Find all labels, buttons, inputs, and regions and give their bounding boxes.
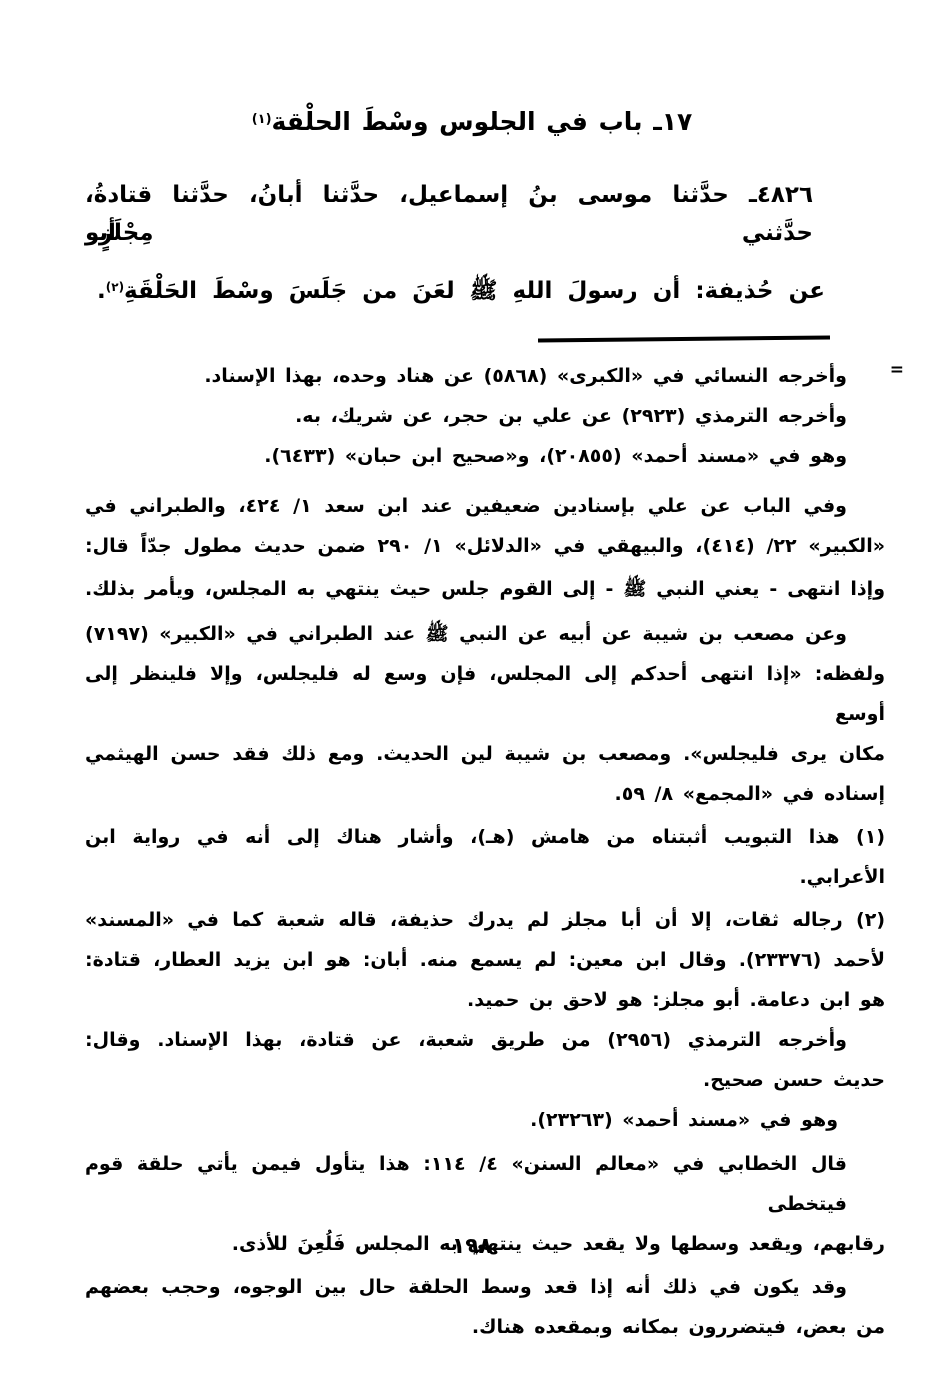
footnote-line: وقد يكون في ذلك أنه إذا قعد وسط الحلقة ح… — [85, 1267, 885, 1307]
footnote-line: مكان يرى فليجلس». ومصعب بن شيبة لين الحد… — [85, 734, 885, 774]
footnote-line: هو ابن دعامة. أبو مجلز: هو لاحق بن حميد. — [85, 980, 885, 1020]
footnote-line: وإذا انتهى - يعني النبي ﷺ - إلى القوم جل… — [85, 569, 885, 609]
chapter-heading: ١٧ـ باب في الجلوس وسْطَ الحلْقة(١) — [0, 100, 944, 142]
footnote-ref-1: (١) — [252, 112, 272, 127]
footnote-ref-2: (٢) — [106, 280, 124, 294]
footnote-line: وأخرجه النسائي في «الكبرى» (٥٨٦٨) عن هنا… — [85, 356, 885, 396]
hadith-matn-text: عن حُذيفة: أن رسولَ اللهِ ﷺ لعَنَ من جَل… — [124, 278, 825, 304]
footnote-line: وأخرجه الترمذي (٢٩٢٣) عن علي بن حجر، عن … — [85, 396, 885, 436]
footnote-line: ولفظه: «إذا انتهى أحدكم إلى المجلس، فإن … — [85, 654, 885, 734]
footnote-line: حديث حسن صحيح. — [85, 1060, 885, 1100]
hadith-matn-line: عن حُذيفة: أن رسولَ اللهِ ﷺ لعَنَ من جَل… — [85, 268, 885, 310]
footnote-line: (١) هذا التبويب أثبتناه من هامش (هـ)، وأ… — [85, 817, 885, 897]
footnote-separator-rule — [538, 335, 830, 342]
footnote-line: إسناده في «المجمع» ٨/ ٥٩. — [85, 774, 885, 814]
footnotes-block: وأخرجه النسائي في «الكبرى» (٥٨٦٨) عن هنا… — [85, 356, 885, 1347]
chapter-heading-text: ١٧ـ باب في الجلوس وسْطَ الحلْقة — [272, 107, 693, 136]
footnote-continuation-marker: = — [890, 360, 904, 380]
book-page: ١٧ـ باب في الجلوس وسْطَ الحلْقة(١) ٤٨٢٦ـ… — [0, 0, 944, 1377]
footnote-line: لأحمد (٢٣٣٧٦). وقال ابن معين: لم يسمع من… — [85, 940, 885, 980]
page-number: ١٩٨ — [0, 1234, 944, 1259]
footnote-line: قال الخطابي في «معالم السنن» ٤/ ١١٤: هذا… — [85, 1144, 885, 1224]
footnote-line: من بعض، فيتضررون بمكانه وبمقعده هناك. — [85, 1307, 885, 1347]
footnote-line: «الكبير» ٢٢/ (٤١٤)، والبيهقي في «الدلائل… — [85, 526, 885, 566]
footnote-line: وهو في «مسند أحمد» (٢٣٢٦٣). — [85, 1100, 885, 1140]
hadith-isnad-overflow-word: مِجْلَزٍ — [85, 214, 885, 252]
footnote-line: وهو في «مسند أحمد» (٢٠٨٥٥)، و«صحيح ابن ح… — [85, 436, 885, 476]
footnote-line: (٢) رجاله ثقات، إلا أن أبا مجلز لم يدرك … — [85, 900, 885, 940]
footnote-line: وأخرجه الترمذي (٢٩٥٦) من طريق شعبة، عن ق… — [85, 1020, 885, 1060]
footnote-line: وفي الباب عن علي بإسنادين ضعيفين عند ابن… — [85, 486, 885, 526]
footnote-line: وعن مصعب بن شيبة عن أبيه عن النبي ﷺ عند … — [85, 614, 885, 654]
hadith-matn-period: . — [97, 278, 106, 304]
